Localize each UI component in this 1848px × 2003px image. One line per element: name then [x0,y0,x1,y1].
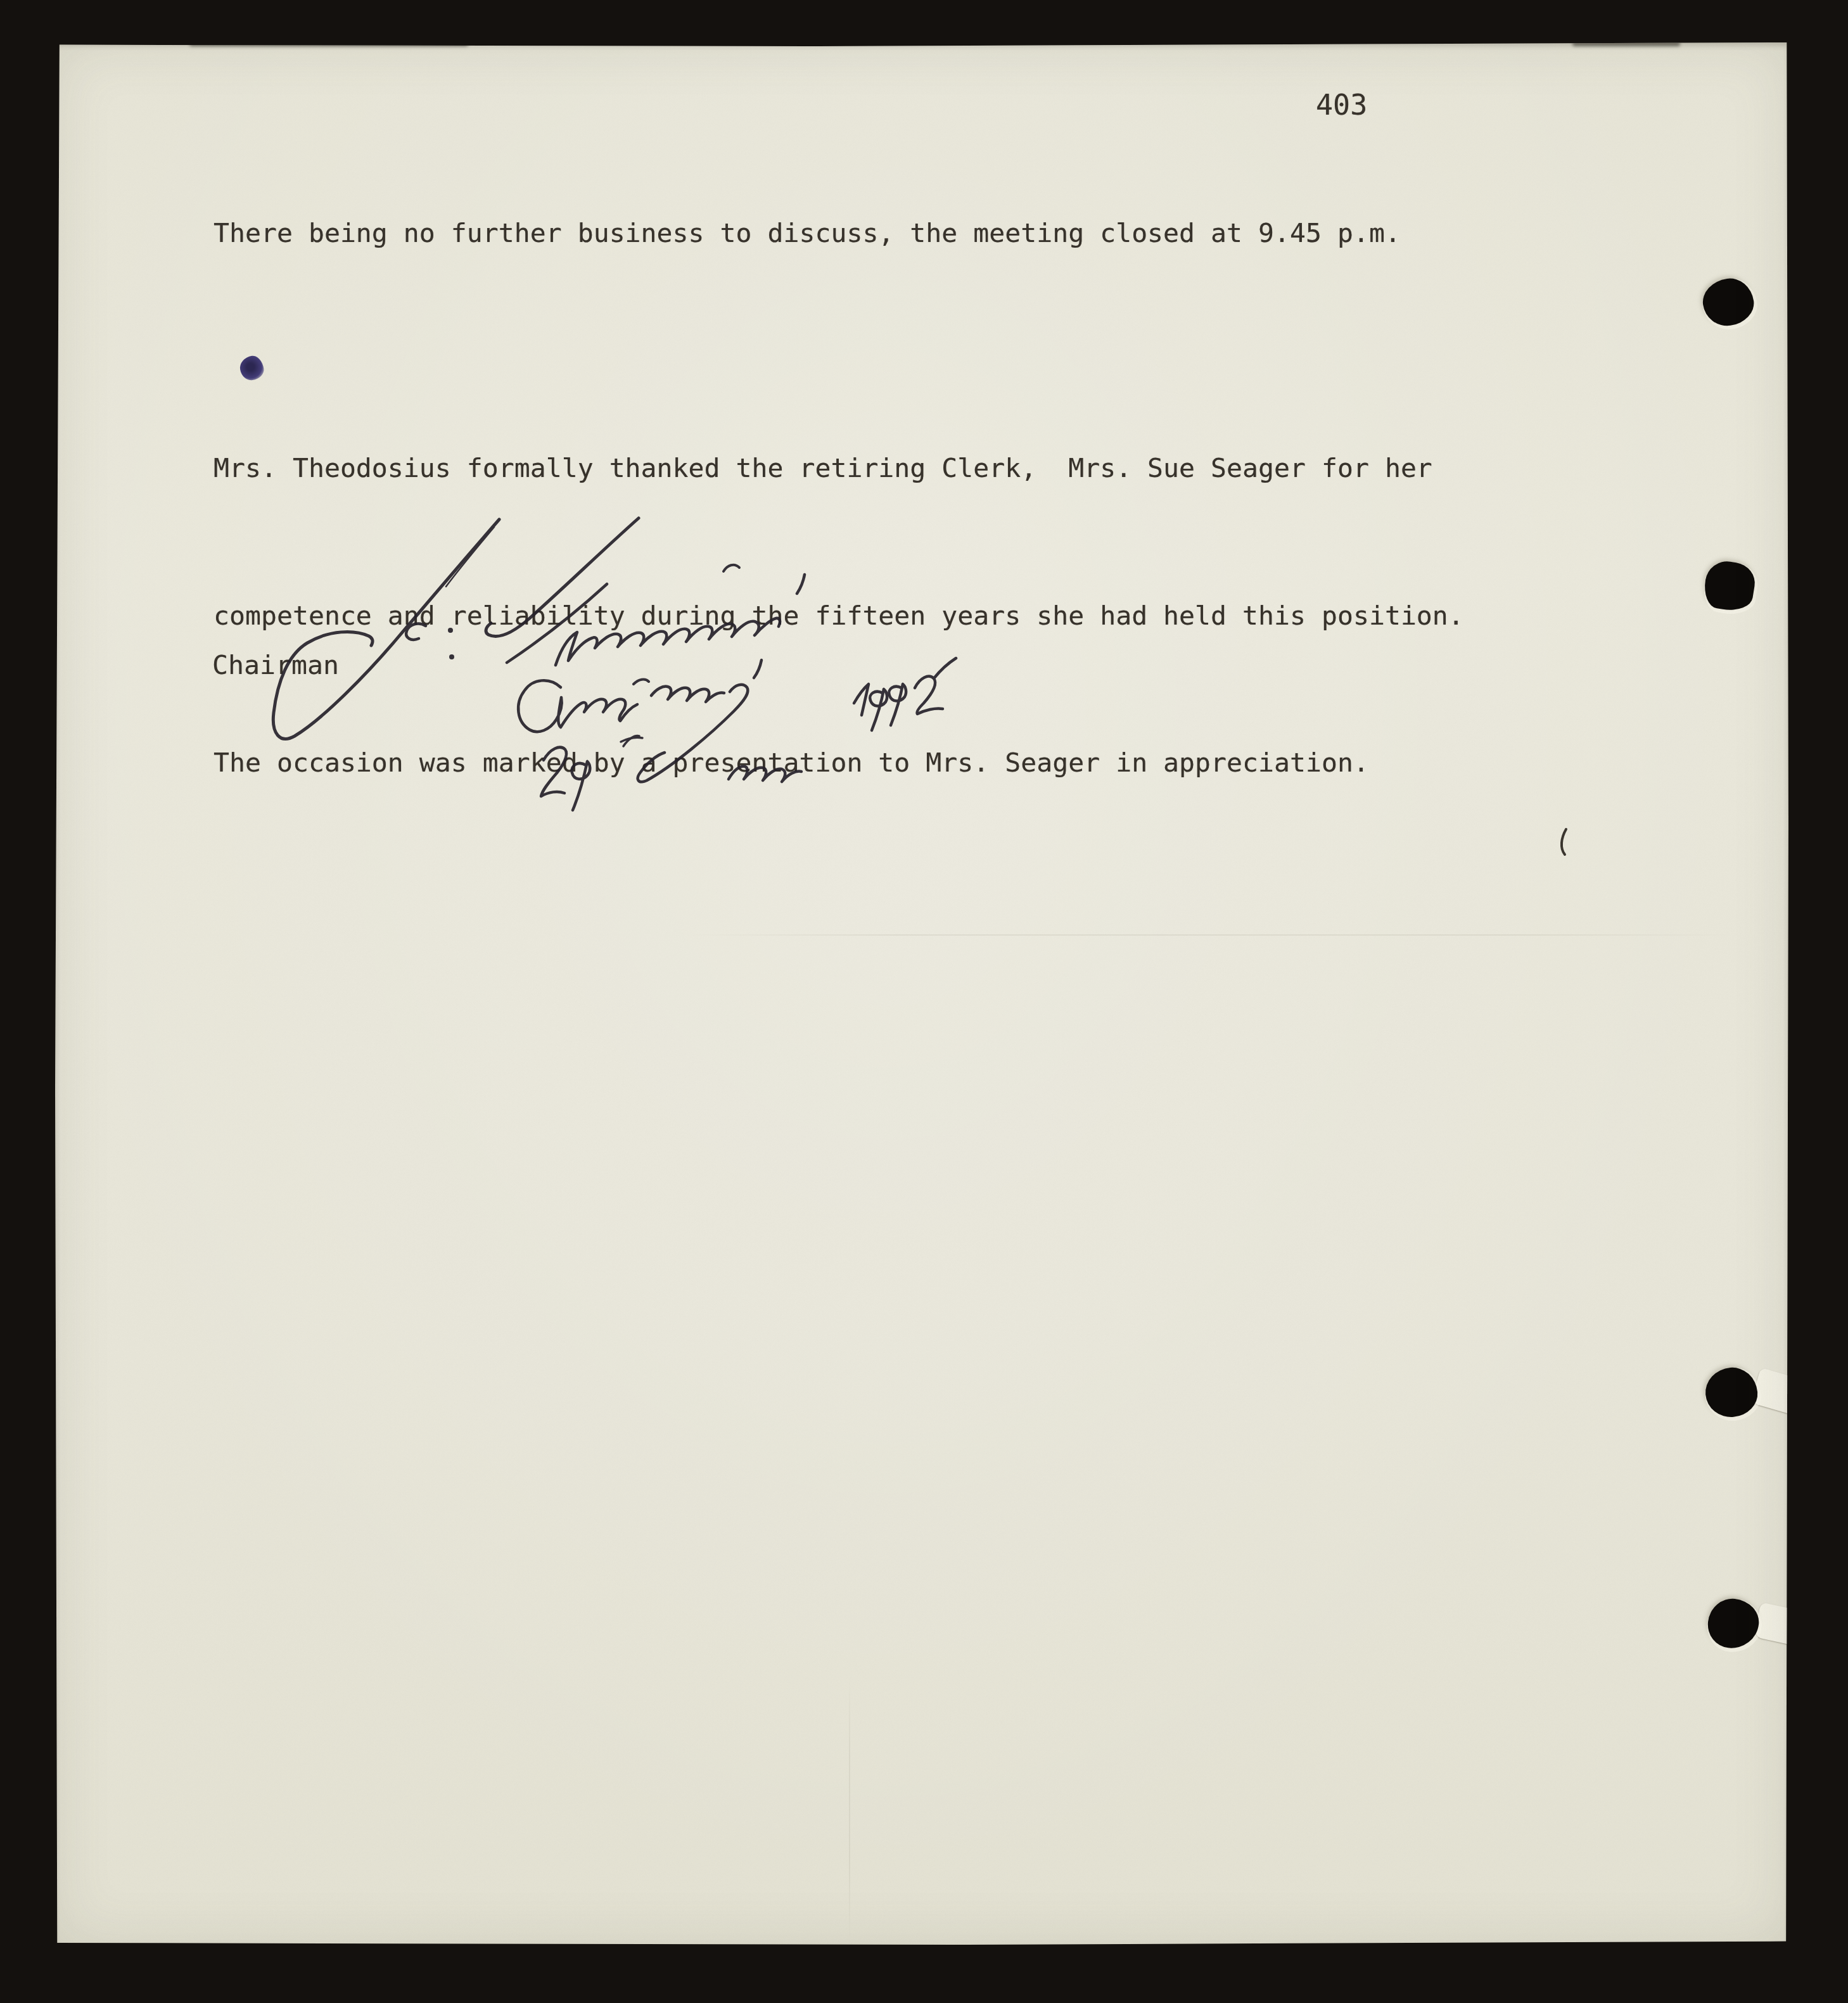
punch-hole [1702,558,1758,613]
signature-role-word [518,680,637,732]
edge-smudge [189,41,468,46]
torn-paper-flap [1750,1368,1802,1415]
punch-hole [1705,1596,1761,1651]
document-page: 403 There being no further business to d… [55,42,1788,1945]
signature-date-9 [889,684,906,725]
signature-handwriting [241,494,969,830]
signature-role-word-end [651,687,724,702]
signature-role-apostrophe [754,660,762,678]
signature-date-2 [541,747,566,796]
page-number: 403 [1316,91,1367,119]
signature-surname [556,618,780,665]
signature-initial-stroke [273,519,499,739]
signature-middle-initial [406,624,426,640]
scan-background: 403 There being no further business to d… [0,0,1848,2003]
torn-paper-flap [1754,1602,1799,1645]
paper-shading [55,42,1788,1945]
signature-date-1 [854,684,869,715]
closing-line: There being no further business to discu… [213,220,1401,246]
edge-smudge [1572,41,1680,46]
signature-date-superscript [621,737,642,742]
signature-date-june-j [638,685,748,782]
signature-date-june-une [729,766,801,782]
signature-apostrophe [797,575,805,594]
signature-i-curl [723,565,739,571]
punch-hole [1700,276,1757,329]
punch-hole [1704,1366,1759,1420]
signature-date-9 [870,689,887,730]
signature-role-i-dot [634,680,649,684]
signature-t-flourish [486,518,639,636]
stray-pen-mark [1558,827,1571,857]
paper-crease [849,1677,850,1943]
signature-initial-retrace [446,527,494,587]
paper-crease [689,934,1734,936]
signature-date-2-flourish [934,658,956,678]
paragraph-line: Mrs. Theodosius formally thanked the ret… [213,443,1464,493]
signature-date-9 [572,761,590,810]
signature-date-2-final [915,677,943,714]
